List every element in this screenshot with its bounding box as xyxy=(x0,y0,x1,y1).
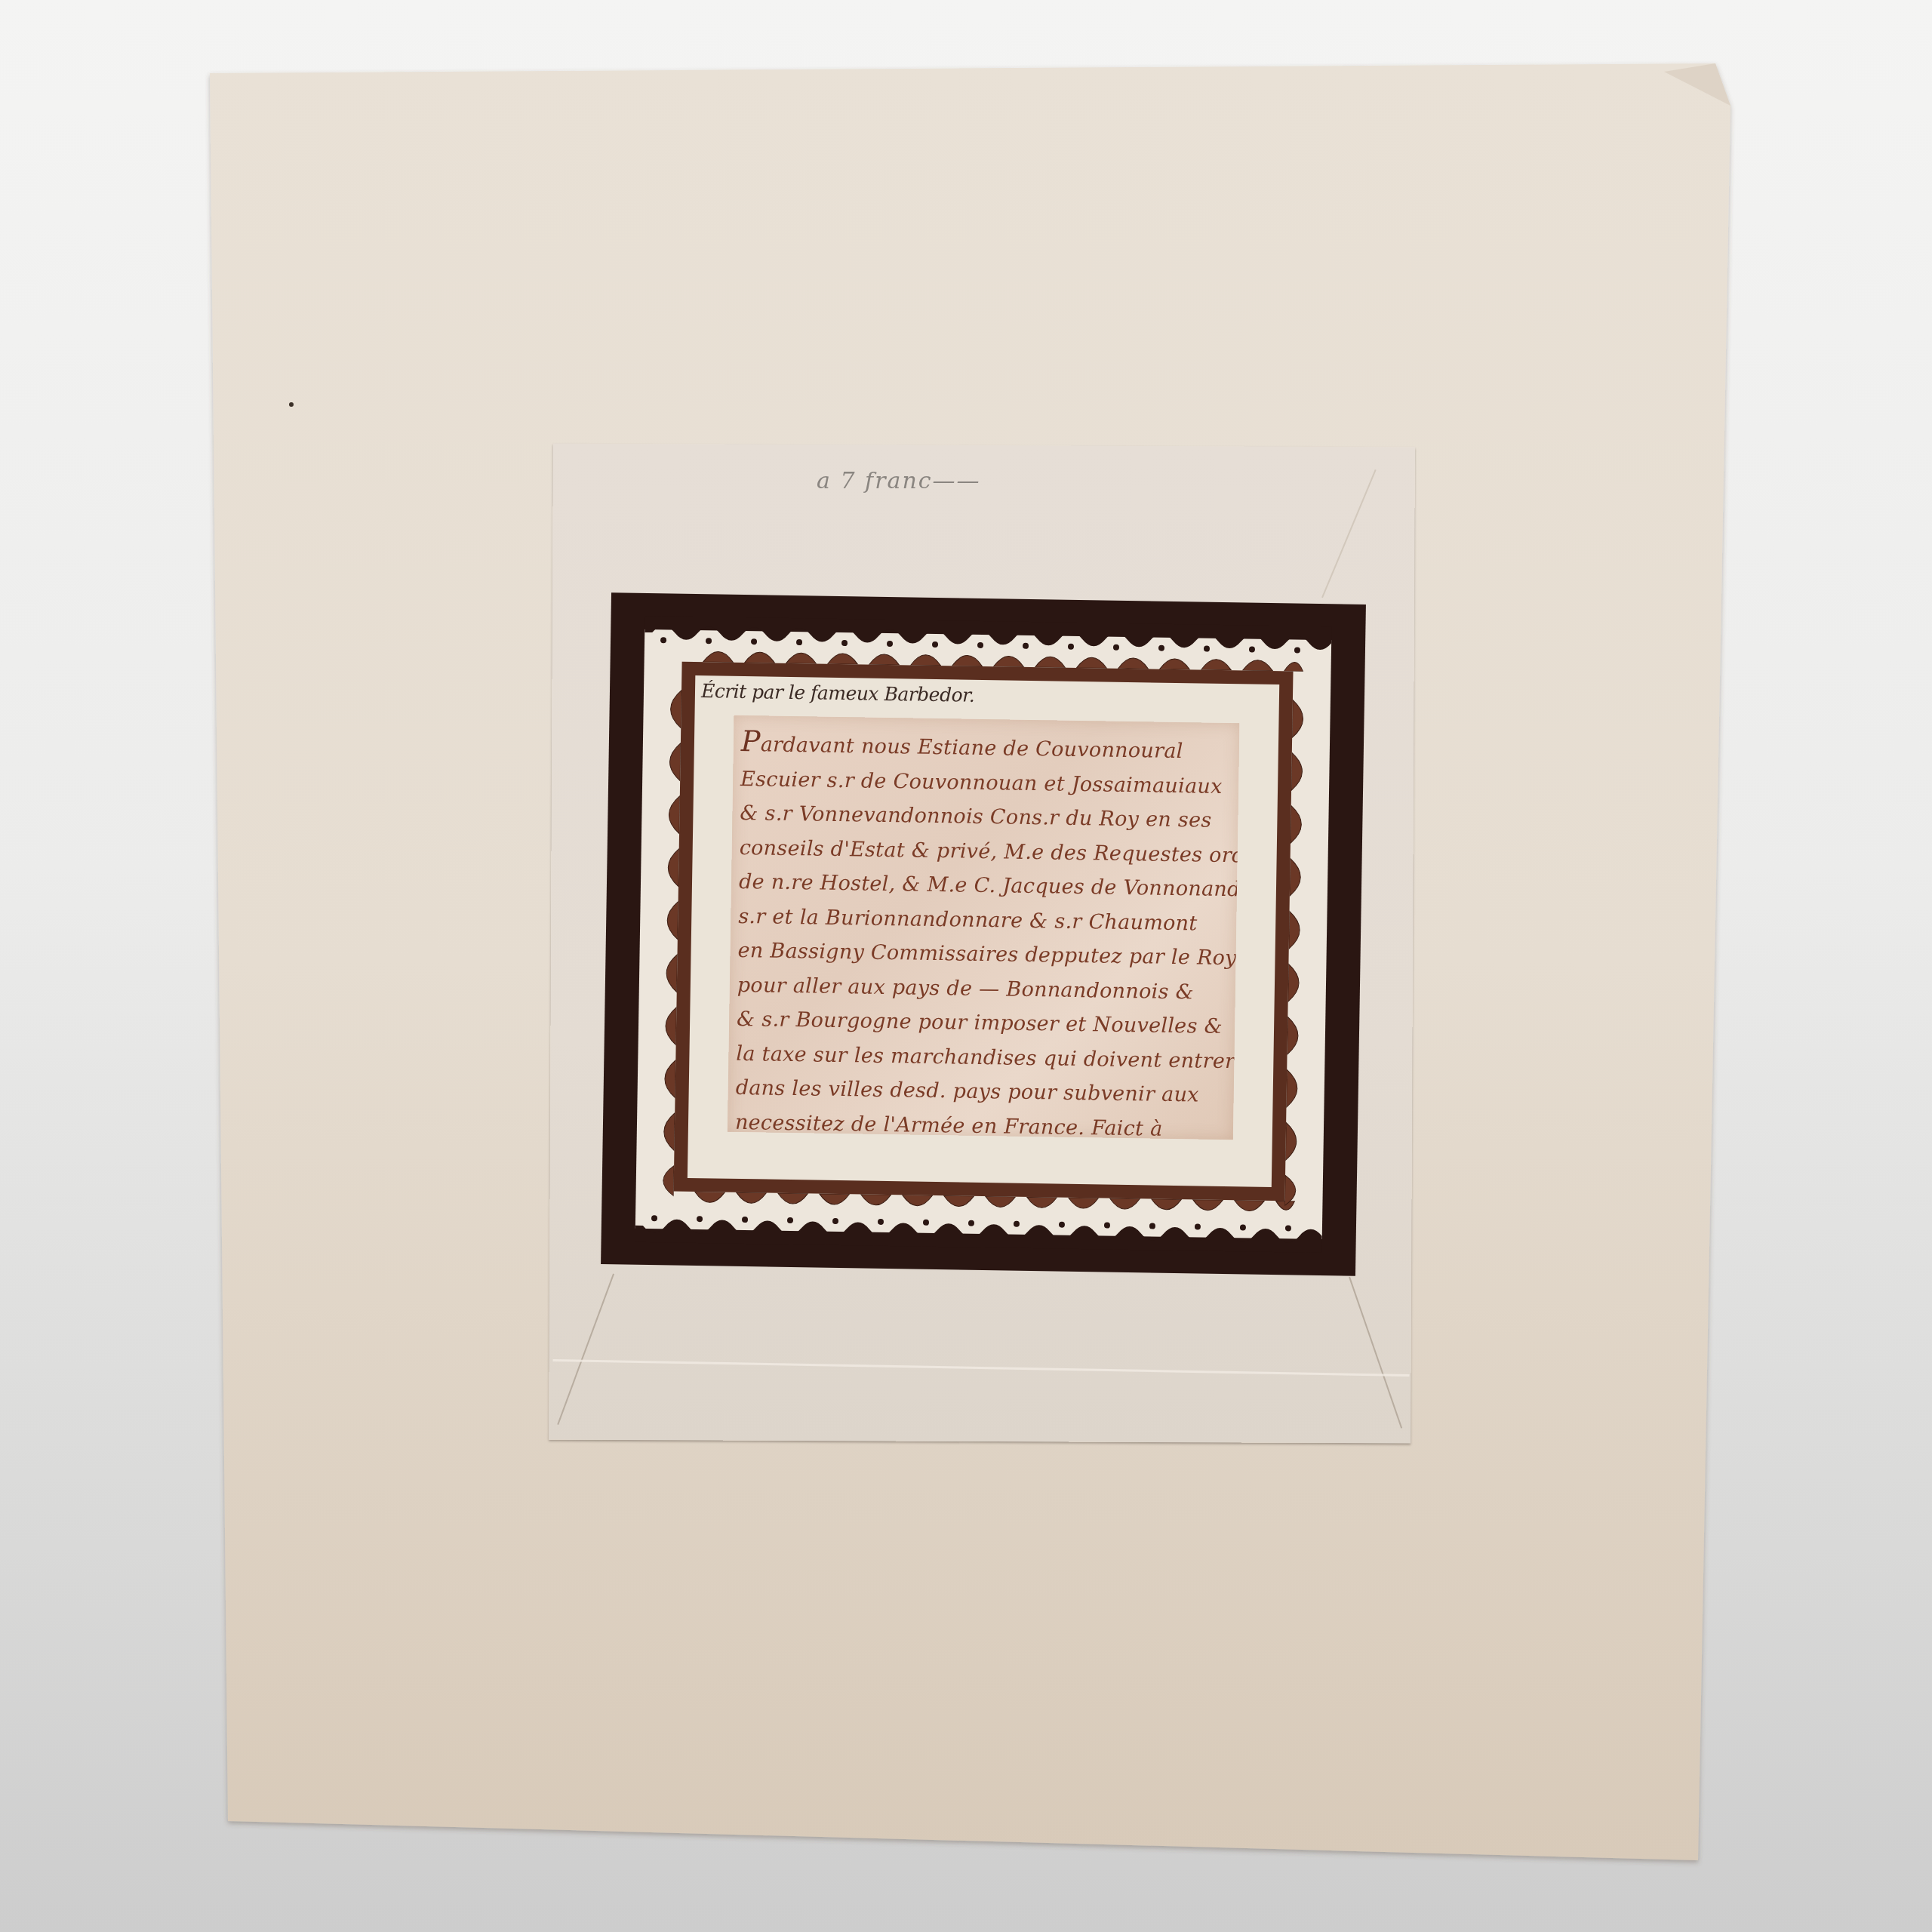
inner-brown-frame: Écrit par le fameux Barbedor. Pardavant … xyxy=(674,662,1294,1201)
pencil-price-note: a 7 franc—— xyxy=(817,468,1051,513)
paper-speck xyxy=(289,402,294,407)
ink-drawn-frame: Écrit par le fameux Barbedor. Pardavant … xyxy=(601,592,1366,1276)
attribution-inscription: Écrit par le fameux Barbedor. xyxy=(701,680,975,706)
manuscript-fragment: Pardavant nous Estiane de Couvonnoural E… xyxy=(728,715,1240,1140)
